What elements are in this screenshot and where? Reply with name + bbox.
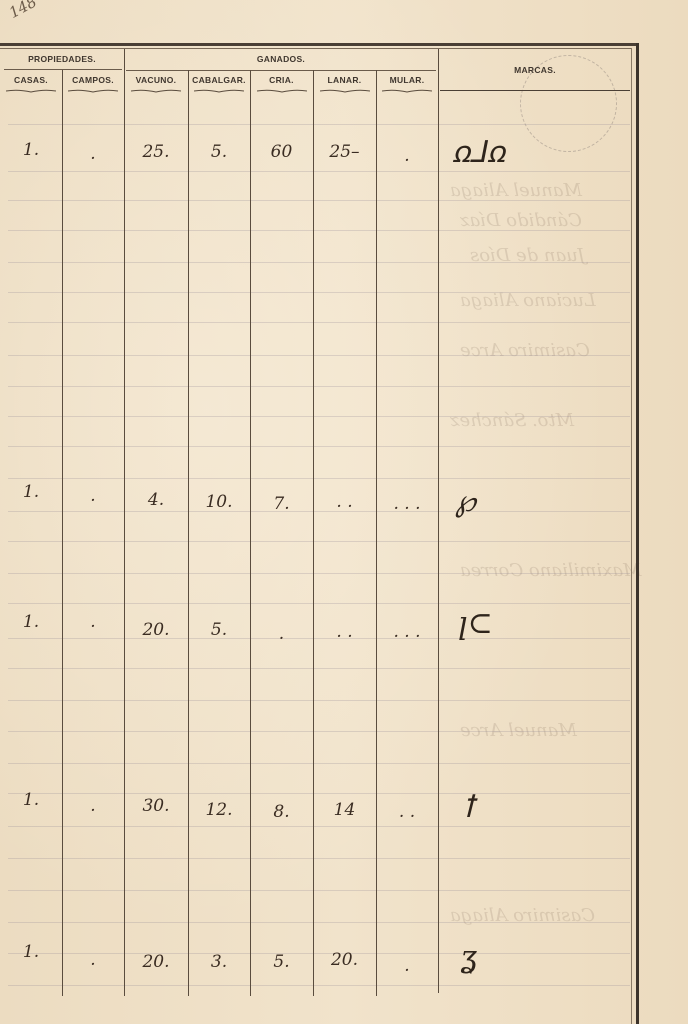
cell-cabalgar: 5.	[188, 142, 250, 162]
bleed-through-text: Cándido Díaz	[460, 210, 582, 231]
cell-casas: 1.	[0, 942, 62, 962]
ruled-line	[8, 731, 630, 732]
cell-mular: .	[376, 146, 438, 166]
header-group-ganados: GANADOS.	[124, 54, 438, 64]
top-border-thin	[0, 48, 632, 49]
ruled-line	[8, 890, 630, 891]
column-divider	[376, 70, 377, 996]
cell-vacuno: 20.	[124, 952, 188, 972]
ruled-line	[8, 292, 630, 293]
cell-mular: .	[376, 956, 438, 976]
ruled-line	[8, 171, 630, 172]
wavy-rule-icon	[320, 88, 370, 94]
ruled-line	[8, 446, 630, 447]
header-cabalgar: CABALGAR.	[188, 75, 250, 85]
ruled-line	[8, 573, 630, 574]
cell-campos: .	[62, 950, 124, 970]
group-rule-ganados	[126, 70, 436, 71]
cell-cabalgar: 10.	[188, 492, 250, 512]
column-divider	[250, 70, 251, 996]
header-campos: CAMPOS.	[62, 75, 124, 85]
bleed-through-text: Maximiliano Correa	[460, 560, 642, 581]
ruled-line	[8, 668, 630, 669]
cell-casas: 1.	[0, 612, 62, 632]
ruled-line	[8, 262, 630, 263]
column-divider	[188, 70, 189, 996]
cell-cabalgar: 12.	[188, 800, 250, 820]
ruled-line	[8, 386, 630, 387]
bleed-through-text: Mto. Sánchez	[450, 410, 574, 431]
cell-lanar: 20.	[313, 950, 376, 970]
cell-casas: 1.	[0, 482, 62, 502]
cell-mular: . . .	[376, 622, 438, 642]
cell-cria: 7.	[250, 494, 313, 514]
header-vacuno: VACUNO.	[124, 75, 188, 85]
cell-campos: .	[62, 144, 124, 164]
right-border-thin	[631, 48, 632, 1024]
ruled-line	[8, 858, 630, 859]
column-divider	[62, 70, 63, 996]
bleed-through-text: Manuel Aliaga	[450, 180, 582, 201]
header-lanar: LANAR.	[313, 75, 376, 85]
ruled-line	[8, 922, 630, 923]
cell-vacuno: 20.	[124, 620, 188, 640]
wavy-rule-icon	[382, 88, 432, 94]
ruled-line	[8, 478, 630, 479]
cell-vacuno: 30.	[124, 796, 188, 816]
ruled-line	[8, 541, 630, 542]
marcas-header-rule	[440, 90, 630, 91]
cattle-brand-mark: ʓ	[460, 940, 477, 975]
cell-campos: .	[62, 612, 124, 632]
column-divider	[124, 49, 125, 996]
cell-vacuno: 4.	[124, 490, 188, 510]
cell-lanar: . .	[313, 622, 376, 642]
cell-casas: 1.	[0, 140, 62, 160]
ruled-line	[8, 763, 630, 764]
bleed-through-text: Casimiro Arce	[460, 340, 590, 361]
cattle-brand-mark: ꭥ⅃ꭥ	[452, 130, 505, 171]
ruled-line	[8, 230, 630, 231]
ruled-line	[8, 322, 630, 323]
cell-cabalgar: 5.	[188, 620, 250, 640]
wavy-rule-icon	[131, 88, 181, 94]
wavy-rule-icon	[257, 88, 307, 94]
cattle-brand-mark: ℘	[455, 484, 476, 519]
cell-campos: .	[62, 796, 124, 816]
cell-lanar: 14	[313, 800, 376, 820]
header-mular: MULAR.	[376, 75, 438, 85]
ruled-line	[8, 124, 630, 125]
ruled-line	[8, 200, 630, 201]
cell-vacuno: 25.	[124, 142, 188, 162]
ruled-line	[8, 603, 630, 604]
cell-cria: 5.	[250, 952, 313, 972]
cell-casas: 1.	[0, 790, 62, 810]
ruled-line	[8, 416, 630, 417]
ledger-page: 148' Manuel Aliaga Cándido Díaz Juan de …	[0, 0, 688, 1024]
header-casas: CASAS.	[0, 75, 62, 85]
ruled-line	[8, 355, 630, 356]
cell-cria: .	[250, 624, 313, 644]
cell-mular: . .	[376, 802, 438, 822]
wavy-rule-icon	[6, 88, 56, 94]
column-divider	[438, 49, 439, 993]
wavy-rule-icon	[68, 88, 118, 94]
right-border	[636, 43, 639, 1024]
cattle-brand-mark: ꝉ	[462, 790, 475, 825]
ruled-line	[8, 826, 630, 827]
cell-mular: . . .	[376, 494, 438, 514]
ruled-line	[8, 700, 630, 701]
header-group-propiedades: PROPIEDADES.	[0, 54, 124, 64]
cell-cria: 60	[250, 142, 313, 162]
group-rule-propiedades	[4, 69, 122, 70]
ruled-line	[8, 985, 630, 986]
wavy-rule-icon	[194, 88, 244, 94]
cell-lanar: 25–	[313, 142, 376, 162]
top-border	[0, 43, 638, 46]
header-marcas: MARCAS.	[438, 65, 632, 75]
cell-cria: 8.	[250, 802, 313, 822]
cell-lanar: . .	[313, 492, 376, 512]
header-cria: CRIA.	[250, 75, 313, 85]
cell-cabalgar: 3.	[188, 952, 250, 972]
bleed-through-text: Luciano Aliaga	[460, 290, 596, 311]
page-number: 148'	[6, 0, 43, 22]
ruled-line	[8, 793, 630, 794]
cattle-brand-mark: ꞁ⊂	[458, 606, 493, 641]
cell-campos: .	[62, 486, 124, 506]
column-divider	[313, 70, 314, 996]
